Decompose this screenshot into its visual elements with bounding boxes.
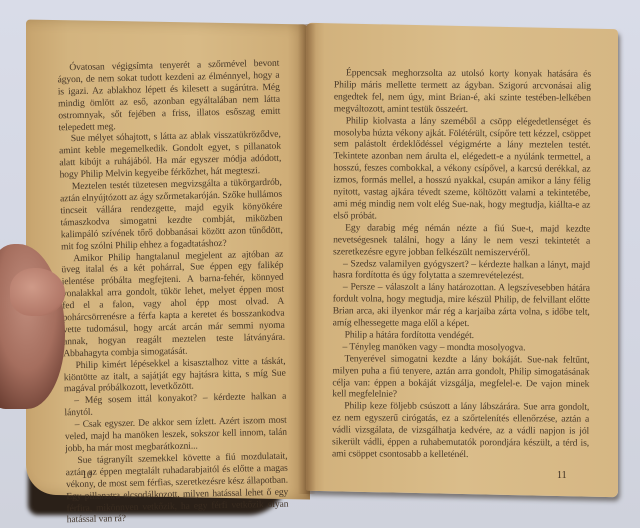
paragraph: Óvatosan végigsímta tenyerét a szőrmével…: [57, 58, 280, 134]
paragraph: Sue mélyet sóhajtott, s látta az ablak v…: [59, 129, 282, 181]
paragraph: Amikor Philip hangtalanul megjelent az a…: [61, 248, 285, 360]
right-page-text: Éppencsak meghorzsolta az utolsó korty k…: [332, 67, 591, 461]
paragraph: Meztelen testét tüzetesen megvizsgálta a…: [60, 177, 283, 253]
right-page-number: 11: [557, 470, 567, 481]
dialog-line: – Csak egyszer. De akkor sem ízlett. Azé…: [65, 415, 288, 455]
paragraph: Sue tágranyílt szemekkel követte a fiú m…: [65, 451, 288, 527]
left-page-number: 10: [82, 470, 92, 481]
dialog-line: – Szedsz valamilyen gyógyszert? – kérdez…: [333, 258, 590, 283]
dialog-line: – Persze – válaszolt a lány határozottan…: [333, 282, 590, 331]
paragraph: Egy darabig még némán nézte a fiú Sue-t,…: [333, 222, 590, 259]
paragraph: Philip keze följebb csúszott a lány lábs…: [332, 401, 589, 462]
thumb-tip: [10, 268, 65, 316]
paragraph: Philip kimért lépésekkel a kisasztalhoz …: [63, 355, 286, 395]
left-page-text: Óvatosan végigsímta tenyerét a szőrmével…: [57, 58, 289, 527]
paragraph: Philip kiolvasta a lány szeméből a csöpp…: [333, 115, 591, 224]
dialog-line: – Tényleg manöken vagy – mondta mosolyog…: [333, 341, 590, 354]
paragraph: Tenyerével simogatni kezdte a lány bokáj…: [332, 353, 589, 402]
book-gutter: [298, 24, 316, 494]
open-book: Óvatosan végigsímta tenyerét a szőrmével…: [0, 0, 640, 528]
paragraph: Éppencsak meghorzsolta az utolsó korty k…: [334, 67, 591, 116]
